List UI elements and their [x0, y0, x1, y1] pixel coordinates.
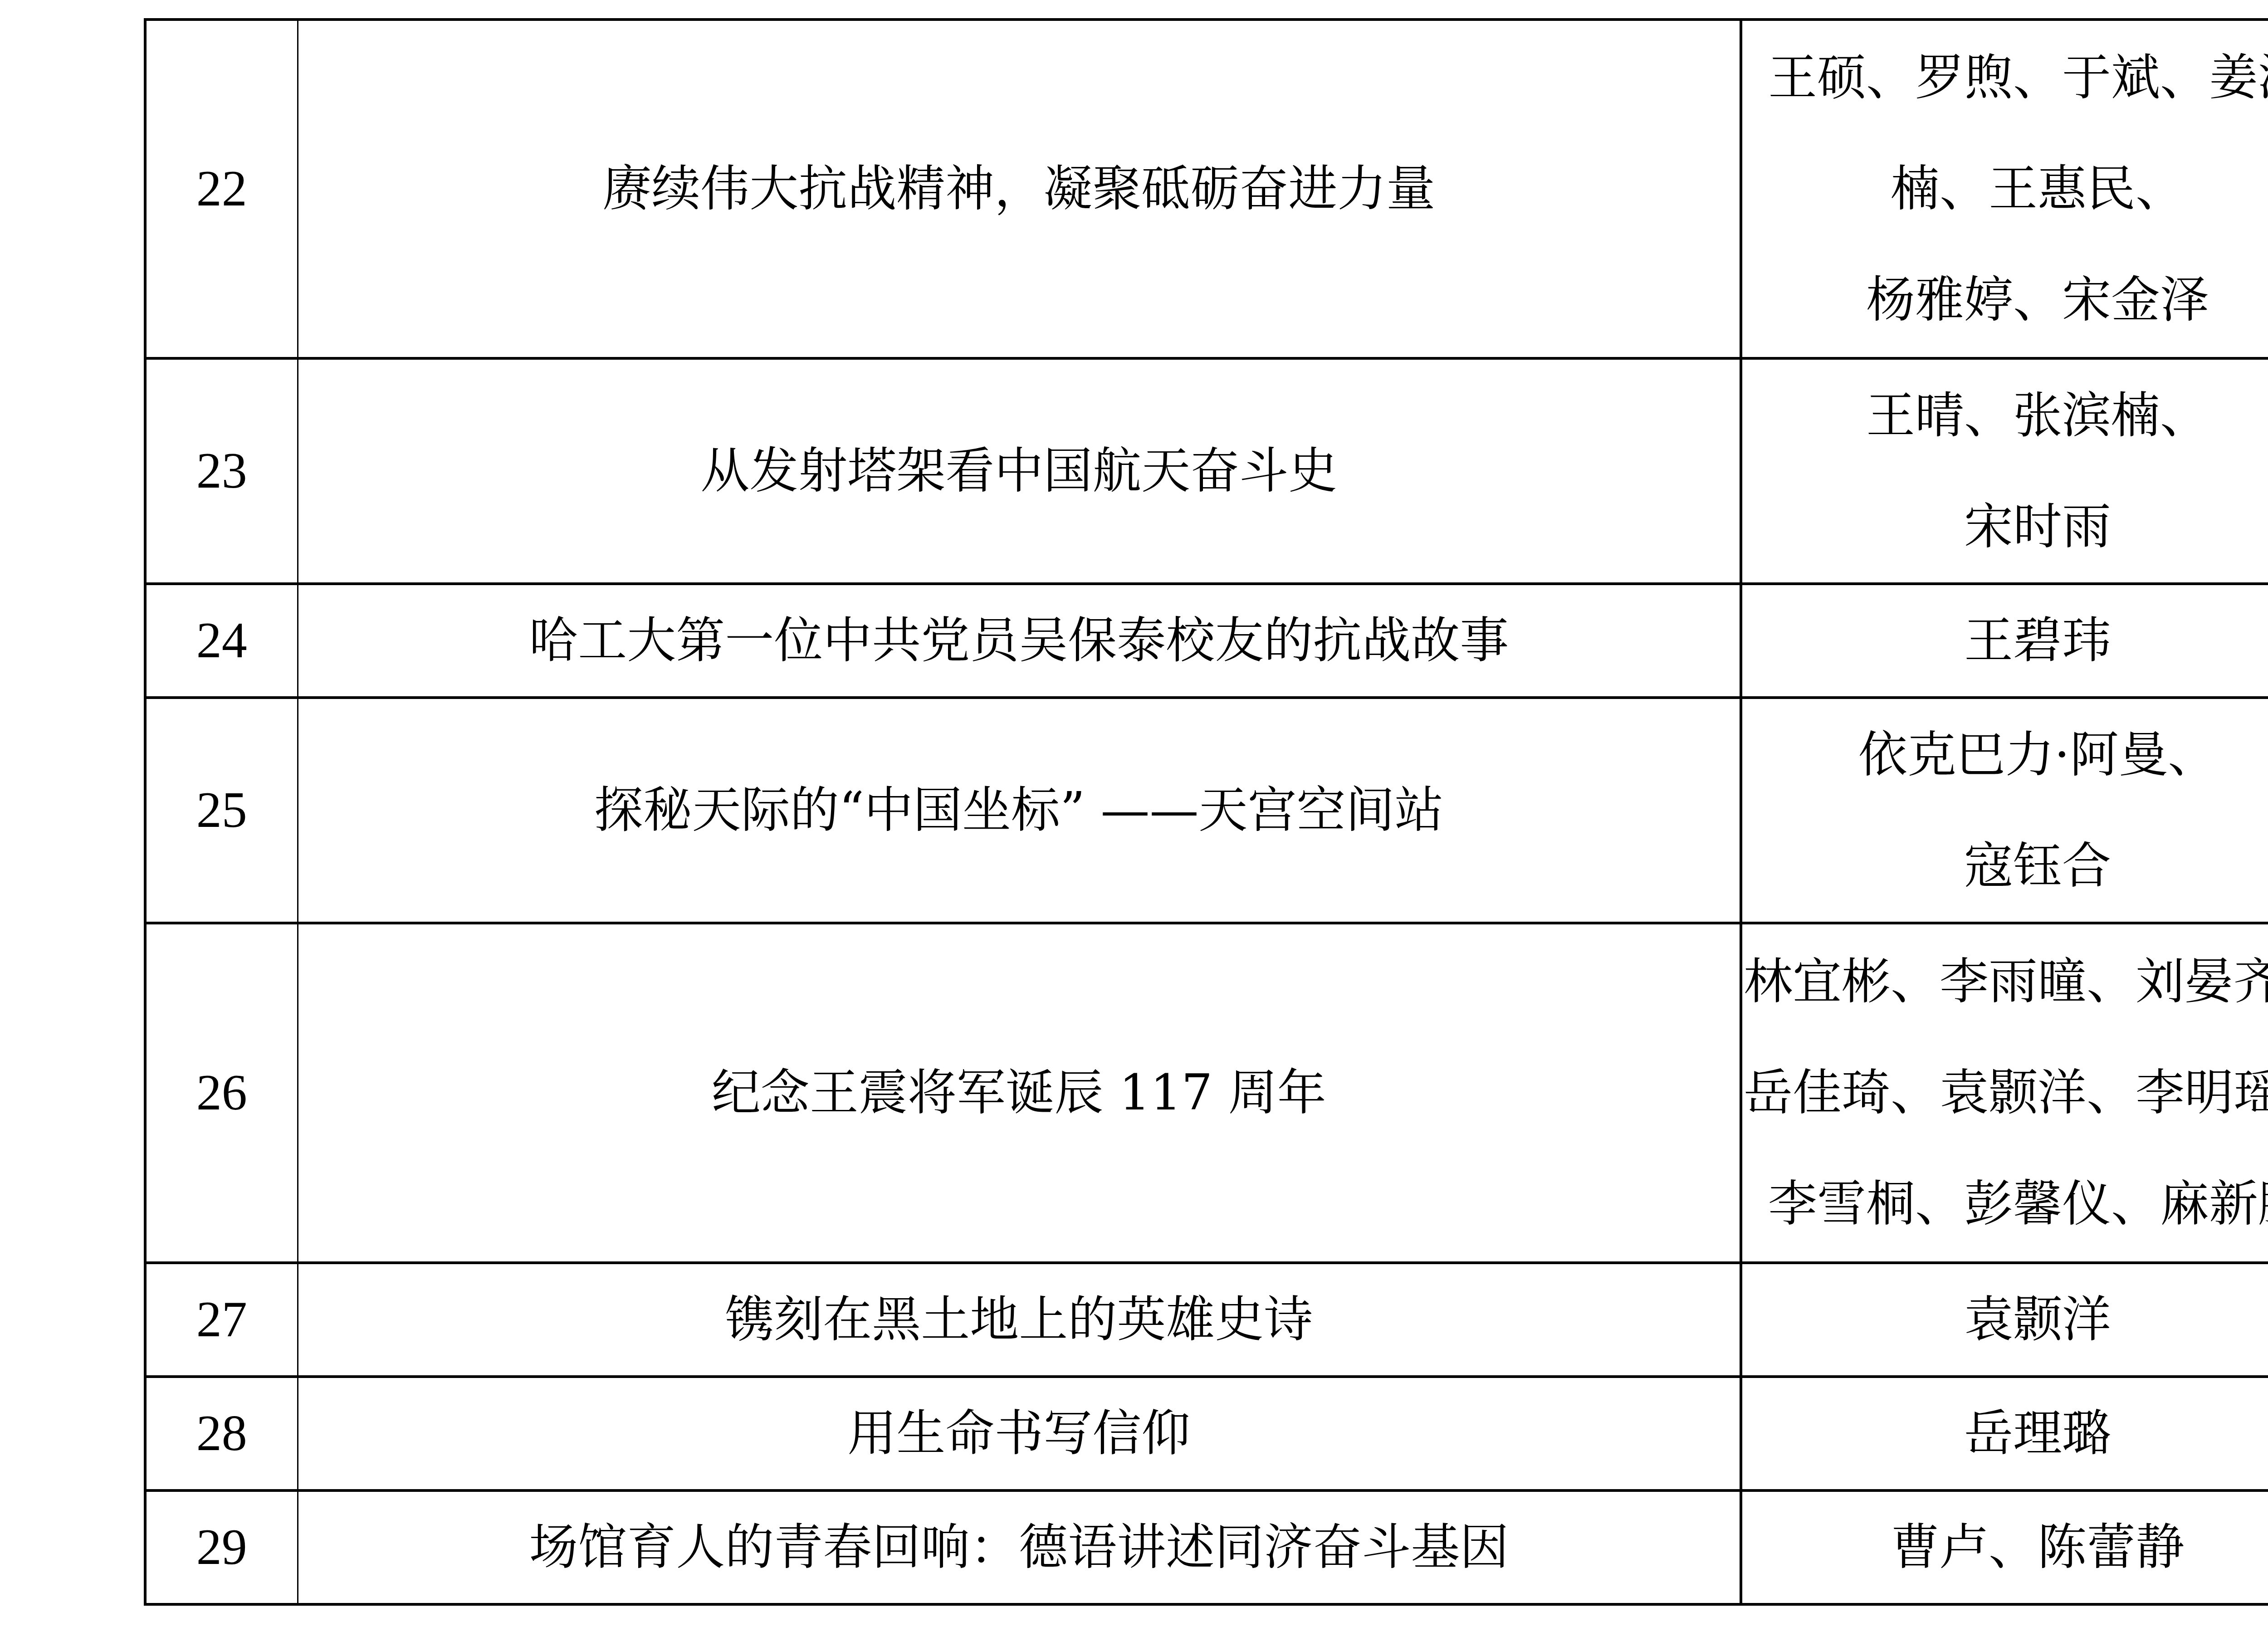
row-number: 24: [145, 584, 298, 698]
table-row: 27 镌刻在黑土地上的英雄史诗 袁颢洋 黑龙江八一农垦大学: [145, 1263, 2268, 1377]
author-line: 楠、王惠民、: [1742, 133, 2268, 244]
cell-no-text: 24: [196, 612, 247, 669]
author-line: 王碧玮: [1742, 585, 2268, 696]
author-line: 袁颢洋: [1742, 1264, 2268, 1375]
work-title: 场馆育人的青春回响：德语讲述同济奋斗基因: [298, 1490, 1741, 1604]
table-row: 28 用生命书写信仰 岳理璐 东北林业大学: [145, 1377, 2268, 1490]
authors-cell: 曹卢、陈蕾静: [1741, 1490, 2268, 1604]
authors-cell: 王晴、张滨楠、宋时雨: [1741, 358, 2268, 584]
cell-no-text: 26: [196, 1065, 247, 1121]
author-line: 李雪桐、彭馨仪、麻新鹏: [1742, 1148, 2268, 1260]
table-row: 24 哈工大第一位中共党员吴保泰校友的抗战故事 王碧玮 哈尔滨工业大学: [145, 584, 2268, 698]
author-line: 宋时雨: [1742, 471, 2268, 582]
row-number: 22: [145, 20, 298, 358]
authors-cell: 岳理璐: [1741, 1377, 2268, 1490]
authors-cell: 袁颢洋: [1741, 1263, 2268, 1377]
row-number: 27: [145, 1263, 298, 1377]
authors-cell: 王碧玮: [1741, 584, 2268, 698]
cell-title-text: 用生命书写信仰: [847, 1405, 1190, 1462]
row-number: 23: [145, 358, 298, 584]
cell-title-text: 镌刻在黑土地上的英雄史诗: [725, 1291, 1313, 1348]
cell-title-text: 从发射塔架看中国航天奋斗史: [700, 443, 1337, 499]
author-line: 寇钰合: [1742, 811, 2268, 922]
row-number: 28: [145, 1377, 298, 1490]
author-line: 岳理璐: [1742, 1378, 2268, 1489]
cell-title-text: 场馆育人的青春回响：德语讲述同济奋斗基因: [529, 1519, 1509, 1576]
author-line: 王晴、张滨楠、: [1742, 360, 2268, 471]
author-line: 岳佳琦、袁颢洋、李明瑶、: [1742, 1037, 2268, 1148]
work-title: 用生命书写信仰: [298, 1377, 1741, 1490]
author-line: 依克巴力·阿曼、: [1742, 699, 2268, 811]
cell-no-text: 27: [196, 1291, 247, 1348]
cell-title-text: 赓续伟大抗战精神，凝聚砥砺奋进力量: [602, 161, 1435, 217]
cell-title-text: 探秘天际的“中国坐标” ——天宫空间站: [594, 782, 1444, 839]
cell-no-text: 23: [196, 443, 247, 499]
work-title: 赓续伟大抗战精神，凝聚砥砺奋进力量: [298, 20, 1741, 358]
cell-no-text: 25: [196, 782, 247, 838]
table-body: 22 赓续伟大抗战精神，凝聚砥砺奋进力量 王硕、罗煦、于斌、姜浩楠、王惠民、杨雅…: [145, 20, 2268, 1604]
table-row: 25 探秘天际的“中国坐标” ——天宫空间站 依克巴力·阿曼、寇钰合 哈尔滨工业…: [145, 698, 2268, 923]
row-number: 25: [145, 698, 298, 923]
work-title: 哈工大第一位中共党员吴保泰校友的抗战故事: [298, 584, 1741, 698]
author-line: 曹卢、陈蕾静: [1742, 1492, 2268, 1603]
authors-cell: 依克巴力·阿曼、寇钰合: [1741, 698, 2268, 923]
table-row: 29 场馆育人的青春回响：德语讲述同济奋斗基因 曹卢、陈蕾静 同济大学: [145, 1490, 2268, 1604]
table-row: 22 赓续伟大抗战精神，凝聚砥砺奋进力量 王硕、罗煦、于斌、姜浩楠、王惠民、杨雅…: [145, 20, 2268, 358]
table-row: 23 从发射塔架看中国航天奋斗史 王晴、张滨楠、宋时雨 哈尔滨工业大学: [145, 358, 2268, 584]
work-title: 从发射塔架看中国航天奋斗史: [298, 358, 1741, 584]
cell-no-text: 28: [196, 1405, 247, 1461]
work-title: 纪念王震将军诞辰 117 周年: [298, 923, 1741, 1263]
cell-no-text: 22: [196, 161, 247, 217]
cell-no-text: 29: [196, 1519, 247, 1575]
row-number: 26: [145, 923, 298, 1263]
author-line: 林宜彬、李雨曈、刘晏齐、: [1742, 926, 2268, 1037]
cell-title-text: 哈工大第一位中共党员吴保泰校友的抗战故事: [529, 612, 1509, 669]
cell-title-text: 纪念王震将军诞辰 117 周年: [712, 1065, 1326, 1121]
table-row: 26 纪念王震将军诞辰 117 周年 林宜彬、李雨曈、刘晏齐、岳佳琦、袁颢洋、李…: [145, 923, 2268, 1263]
works-list-table: 22 赓续伟大抗战精神，凝聚砥砺奋进力量 王硕、罗煦、于斌、姜浩楠、王惠民、杨雅…: [144, 18, 2268, 1606]
author-line: 王硕、罗煦、于斌、姜浩: [1742, 22, 2268, 133]
authors-cell: 王硕、罗煦、于斌、姜浩楠、王惠民、杨雅婷、宋金泽: [1741, 20, 2268, 358]
author-line: 杨雅婷、宋金泽: [1742, 244, 2268, 356]
row-number: 29: [145, 1490, 298, 1604]
work-title: 探秘天际的“中国坐标” ——天宫空间站: [298, 698, 1741, 923]
authors-cell: 林宜彬、李雨曈、刘晏齐、岳佳琦、袁颢洋、李明瑶、李雪桐、彭馨仪、麻新鹏: [1741, 923, 2268, 1263]
work-title: 镌刻在黑土地上的英雄史诗: [298, 1263, 1741, 1377]
